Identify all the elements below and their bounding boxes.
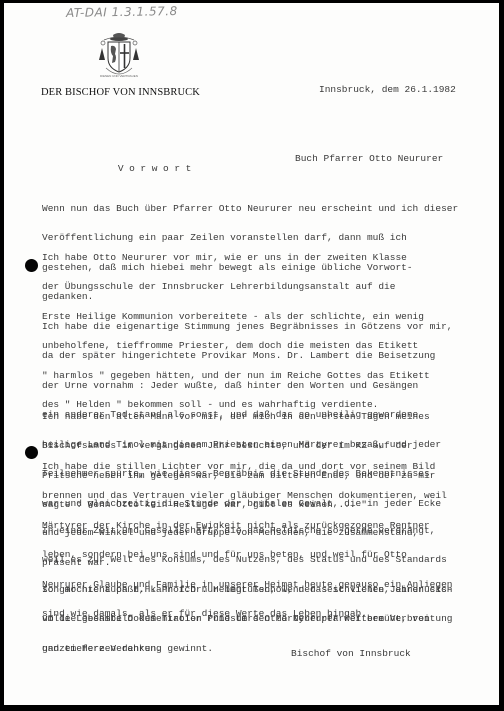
archive-reference-note: AT-DAI 1.3.1.57.8 — [66, 4, 178, 20]
text-line: Ich habe Otto Neururer vor mir, wie er u… — [42, 253, 430, 263]
text-line: Ich habe die eigenartige Stimmung jenes … — [42, 322, 452, 332]
text-line: Ich habe die stillen Lichter vor mir, di… — [42, 462, 452, 472]
text-line: der Übungsschule der Innsbrucker Lehrerb… — [42, 282, 430, 292]
text-line: da der später hingerichtete Provikar Mon… — [42, 351, 452, 361]
title-heading: Vorwort — [118, 163, 197, 174]
punch-hole-bottom — [25, 446, 38, 459]
title-subject: Buch Pfarrer Otto Neururer — [295, 154, 443, 164]
text-line: brennen und das Vertrauen vieler gläubig… — [42, 491, 452, 501]
text-line: In einer Zeit und Gesellschaft, die das … — [42, 526, 452, 536]
signature-line: Bischof von Innsbruck — [291, 649, 411, 659]
text-line: der Urne vornahm : Jeder wußte, daß hint… — [42, 381, 452, 391]
letter-page: AT-DAI 1.3.1.57.8 DIENEN UND VERTRAUEN D… — [4, 3, 499, 705]
coat-of-arms-icon: DIENEN UND VERTRAUEN — [94, 30, 144, 80]
svg-text:DIENEN UND VERTRAUEN: DIENEN UND VERTRAUEN — [100, 74, 138, 78]
letter-date: Innsbruck, dem 26.1.1982 — [319, 85, 456, 95]
text-line: Ich möchte auch H.H. Prof.Dr. Helmut Tsc… — [42, 585, 452, 595]
punch-hole-top — [25, 259, 38, 272]
text-line: Ich habe den alten Mann vor mir, der mic… — [42, 412, 435, 422]
text-line: um die gesamte Dokumentation rund um den… — [42, 614, 452, 624]
text-line: weil es zur Welt des Konsums, des Nutzen… — [42, 555, 452, 565]
text-line: Wenn nun das Buch über Pfarrer Otto Neur… — [42, 204, 458, 214]
letterhead-sender: DER BISCHOF VON INNSBRUCK — [41, 87, 200, 98]
